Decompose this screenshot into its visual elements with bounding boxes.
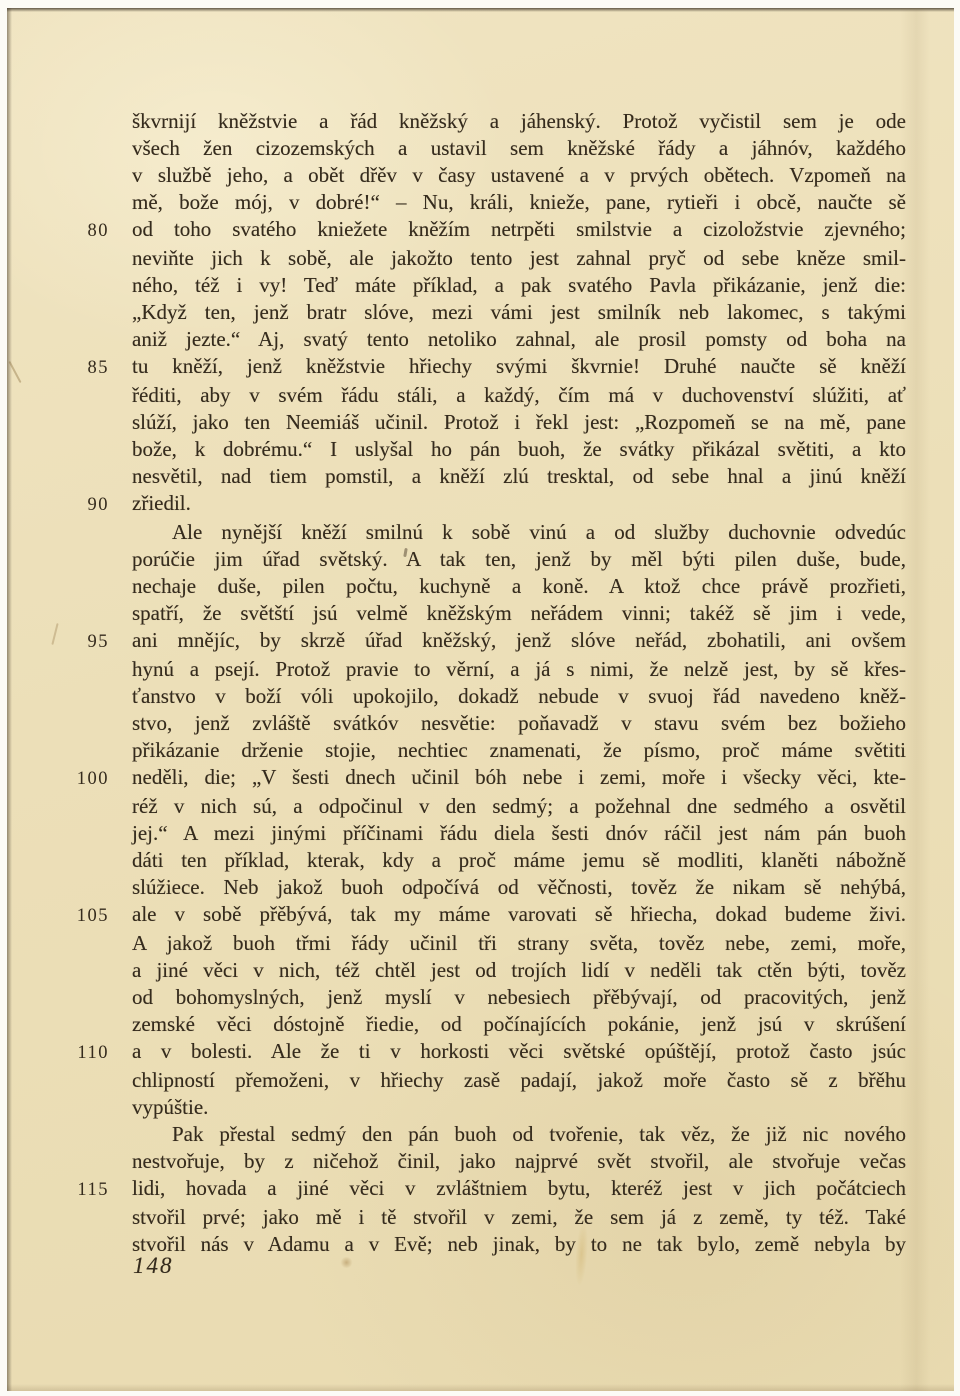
text-line: 100 neděli, die; „V šesti dnech učinil b… <box>57 764 906 793</box>
text-line: ťanstvo v boží vóli upokojilo, dokadž ne… <box>57 683 906 710</box>
text-block: škvrnijí kněžstvie a řád kněžský a jáhen… <box>57 108 906 1258</box>
text-line: zemské věci dóstojně řiedie, od počínají… <box>57 1011 906 1038</box>
line-text: stvořil nás v Adamu a v Evě; neb jinak, … <box>132 1231 906 1258</box>
text-line: slúží, jako ten Neemiáš učinil. Protož i… <box>57 409 906 436</box>
text-line: „Když ten, jenž bratr slóve, mezi vámi j… <box>57 299 906 326</box>
line-text: stvo, jenž zvláště svátkóv nesvětie: poň… <box>132 710 906 737</box>
line-text: réž v nich sú, a odpočinul v den sedmý; … <box>132 793 906 820</box>
text-line: Pak přestal sedmý den pán buoh od tvořen… <box>57 1121 906 1148</box>
verse-line-number: 90 <box>57 492 109 519</box>
line-text: chlipností přemoženi, v hřiechy zasě pad… <box>132 1067 906 1094</box>
paper-stain <box>340 1257 353 1268</box>
text-line: a jiné věci v nich, též chtěl jest od tr… <box>57 957 906 984</box>
text-line: bože, k dobrému.“ I uslyšal ho pán buoh,… <box>57 436 906 463</box>
line-text: od toho svatého kniežete kněžím netrpěti… <box>132 216 906 243</box>
line-text: spatří, že světští jsú velmě kněžským ne… <box>132 600 906 627</box>
line-text: aniž jezte.“ Aj, svatý tento netoliko za… <box>132 326 906 353</box>
page-number: 148 <box>133 1253 174 1279</box>
line-text: zřiedil. <box>132 490 906 517</box>
line-text: v službě jeho, a obět dřěv v časy ustave… <box>132 162 906 189</box>
verse-line-number: 80 <box>57 218 109 245</box>
line-text: slúžiece. Neb jakož buoh odpočívá od věč… <box>132 874 906 901</box>
text-line: Ale nynější kněží smilnú k sobě vinú a o… <box>57 519 906 546</box>
line-text: nestvořuje, by z ničehož činil, jako naj… <box>132 1148 906 1175</box>
text-line: od bohomyslných, jenž myslí v nebesiech … <box>57 984 906 1011</box>
text-line: přikázanie drženie stojie, nechtiec znam… <box>57 737 906 764</box>
text-line: všech žen cizozemských a ustavil sem kně… <box>57 135 906 162</box>
line-text: škvrnijí kněžstvie a řád kněžský a jáhen… <box>132 108 906 135</box>
text-line: stvo, jenž zvláště svátkóv nesvětie: poň… <box>57 710 906 737</box>
line-text: ale v sobě přěbývá, tak my máme varovati… <box>132 901 906 928</box>
verse-line-number: 115 <box>57 1177 109 1204</box>
line-text: všech žen cizozemských a ustavil sem kně… <box>132 135 906 162</box>
line-text: ného, též i vy! Teď máte příklad, a pak … <box>132 272 906 299</box>
line-text: jej.“ A mezi jinými příčinami řádu diela… <box>132 820 906 847</box>
line-text: hynú a psejí. Protož pravie to věrní, a … <box>132 656 906 683</box>
text-line: réž v nich sú, a odpočinul v den sedmý; … <box>57 793 906 820</box>
text-line: nesvětil, nad tiem pomstil, a kněží zlú … <box>57 463 906 490</box>
line-text: vypúštie. <box>132 1094 906 1121</box>
text-line: nestvořuje, by z ničehož činil, jako naj… <box>57 1148 906 1175</box>
text-line: 90 zřiedil. <box>57 490 906 519</box>
text-line: slúžiece. Neb jakož buoh odpočívá od věč… <box>57 874 906 901</box>
line-text: stvořil prvé; jako mě i tě stvořil v zem… <box>132 1204 906 1231</box>
line-text: „Když ten, jenž bratr slóve, mezi vámi j… <box>132 299 906 326</box>
line-text: řéditi, aby v svém řádu stáli, a každý, … <box>132 382 906 409</box>
text-line: řéditi, aby v svém řádu stáli, a každý, … <box>57 382 906 409</box>
paper-scratch <box>8 361 21 383</box>
line-text: zemské věci dóstojně řiedie, od počínají… <box>132 1011 906 1038</box>
line-text: tu kněží, jenž kněžstvie hřiechy svými š… <box>132 353 906 380</box>
text-line: v službě jeho, a obět dřěv v časy ustave… <box>57 162 906 189</box>
text-line: stvořil prvé; jako mě i tě stvořil v zem… <box>57 1204 906 1231</box>
text-line: aniž jezte.“ Aj, svatý tento netoliko za… <box>57 326 906 353</box>
line-text: nesvětil, nad tiem pomstil, a kněží zlú … <box>132 463 906 490</box>
line-text: slúží, jako ten Neemiáš učinil. Protož i… <box>132 409 906 436</box>
line-text: nechaje duše, pilen počtu, kuchyně a kon… <box>132 573 906 600</box>
text-line: 115 lidi, hovada a jiné věci v zvláštnie… <box>57 1175 906 1204</box>
line-text: porúčie jim úřad světský. A tak ten, jen… <box>132 546 906 573</box>
line-text: neděli, die; „V šesti dnech učinil bóh n… <box>132 764 906 791</box>
verse-line-number: 95 <box>57 629 109 656</box>
text-line: jej.“ A mezi jinými příčinami řádu diela… <box>57 820 906 847</box>
line-text: přikázanie drženie stojie, nechtiec znam… <box>132 737 906 764</box>
line-text: A jakož buoh třmi řády učinil tři strany… <box>132 930 906 957</box>
text-line: A jakož buoh třmi řády učinil tři strany… <box>57 930 906 957</box>
text-line: nechaje duše, pilen počtu, kuchyně a kon… <box>57 573 906 600</box>
text-line: škvrnijí kněžstvie a řád kněžský a jáhen… <box>57 108 906 135</box>
text-line: ného, též i vy! Teď máte příklad, a pak … <box>57 272 906 299</box>
scanner-background: škvrnijí kněžstvie a řád kněžský a jáhen… <box>0 0 960 1396</box>
book-page: škvrnijí kněžstvie a řád kněžský a jáhen… <box>7 8 954 1391</box>
line-text: ťanstvo v boží vóli upokojilo, dokadž ne… <box>132 683 906 710</box>
text-line: 85 tu kněží, jenž kněžstvie hřiechy svým… <box>57 353 906 382</box>
line-text: dáti ten příklad, kterak, kdy a proč mám… <box>132 847 906 874</box>
text-line: porúčie jim úřad světský. A tak ten, jen… <box>57 546 906 573</box>
text-line: 80 od toho svatého kniežete kněžím netrp… <box>57 216 906 245</box>
verse-line-number: 110 <box>57 1040 109 1067</box>
verse-line-number: 100 <box>57 766 109 793</box>
text-line: stvořil nás v Adamu a v Evě; neb jinak, … <box>57 1231 906 1258</box>
text-line: 95 ani mnějíc, by skrzě úřad kněžský, je… <box>57 627 906 656</box>
text-line: vypúštie. <box>57 1094 906 1121</box>
text-line: 110 a v bolesti. Ale že ti v horkosti vě… <box>57 1038 906 1067</box>
line-text: ani mnějíc, by skrzě úřad kněžský, jenž … <box>132 627 906 654</box>
line-text: neviňte jich k sobě, ale jakožto tento j… <box>132 245 906 272</box>
text-line: spatří, že světští jsú velmě kněžským ne… <box>57 600 906 627</box>
line-text: Pak přestal sedmý den pán buoh od tvořen… <box>132 1121 906 1148</box>
text-line: chlipností přemoženi, v hřiechy zasě pad… <box>57 1067 906 1094</box>
line-text: Ale nynější kněží smilnú k sobě vinú a o… <box>132 519 906 546</box>
line-text: mě, bože mój, v dobré!“ – Nu, králi, kni… <box>132 189 906 216</box>
line-text: od bohomyslných, jenž myslí v nebesiech … <box>132 984 906 1011</box>
line-text: bože, k dobrému.“ I uslyšal ho pán buoh,… <box>132 436 906 463</box>
verse-line-number: 105 <box>57 903 109 930</box>
text-line: neviňte jich k sobě, ale jakožto tento j… <box>57 245 906 272</box>
text-line: mě, bože mój, v dobré!“ – Nu, králi, kni… <box>57 189 906 216</box>
verse-line-number: 85 <box>57 355 109 382</box>
text-line: 105 ale v sobě přěbývá, tak my máme varo… <box>57 901 906 930</box>
line-text: lidi, hovada a jiné věci v zvláštniem by… <box>132 1175 906 1202</box>
text-line: dáti ten příklad, kterak, kdy a proč mám… <box>57 847 906 874</box>
line-text: a jiné věci v nich, též chtěl jest od tr… <box>132 957 906 984</box>
line-text: a v bolesti. Ale že ti v horkosti věci s… <box>132 1038 906 1065</box>
text-line: hynú a psejí. Protož pravie to věrní, a … <box>57 656 906 683</box>
